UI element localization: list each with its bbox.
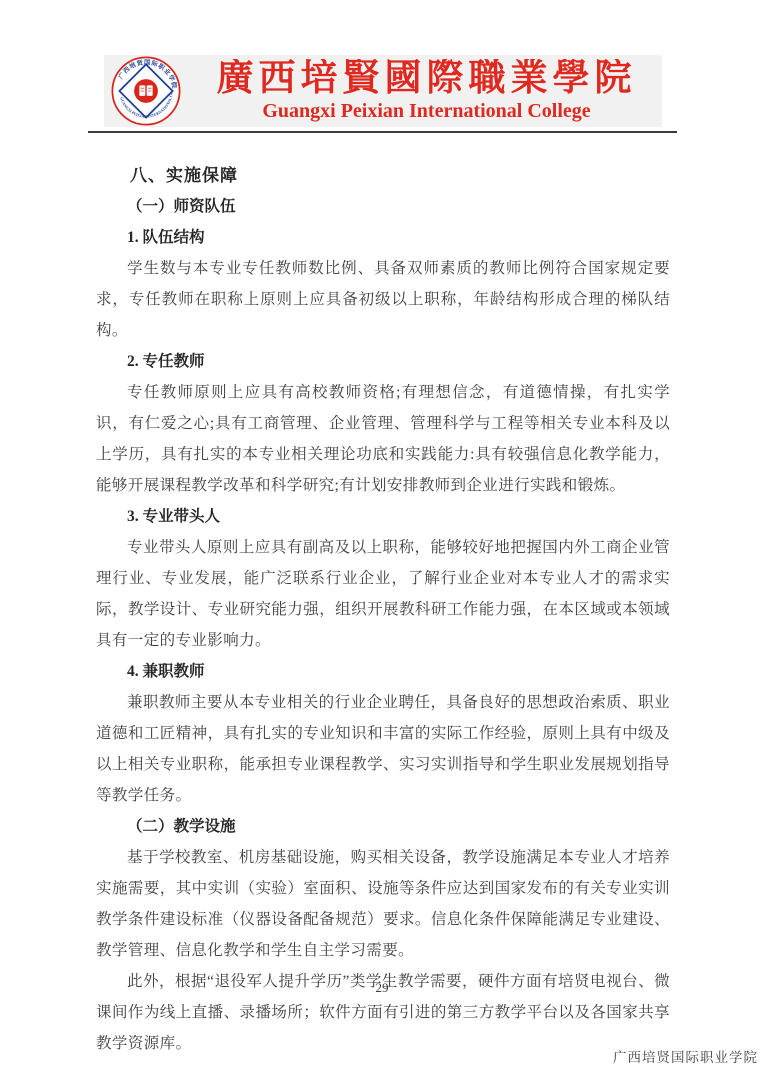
college-title-block: 廣西培賢國際職業學院 Guangxi Peixian International… bbox=[191, 59, 662, 123]
document-body: 八、实施保障 （一）师资队伍 1. 队伍结构 学生数与本专业专任教师数比例、具备… bbox=[96, 160, 670, 1059]
numbered-heading: 4. 兼职教师 bbox=[96, 656, 670, 687]
header-divider bbox=[88, 131, 677, 133]
college-logo-icon: 广西培贤国际职业学院 GUANGXI PEIXIAN INTERNATIONAL… bbox=[111, 56, 181, 126]
numbered-heading: 3. 专业带头人 bbox=[96, 501, 670, 532]
body-paragraph: 专业带头人原则上应具有副高及以上职称，能够较好地把握国内外工商企业管理行业、专业… bbox=[96, 532, 670, 656]
subsection-heading: （二）教学设施 bbox=[96, 811, 670, 842]
body-paragraph: 兼职教师主要从本专业相关的行业企业聘任，具备良好的思想政治索质、职业道德和工匠精… bbox=[96, 687, 670, 811]
college-seal-icon: 广西培贤国际职业学院 GUANGXI PEIXIAN INTERNATIONAL… bbox=[111, 56, 181, 126]
logo-center-circle bbox=[134, 79, 158, 103]
page-number: 29 bbox=[0, 980, 764, 996]
college-name-zh: 廣西培賢國際職業學院 bbox=[217, 59, 637, 99]
footer-watermark: 广西培贤国际职业学院 bbox=[613, 1046, 758, 1066]
section-heading: 八、实施保障 bbox=[96, 160, 670, 191]
body-paragraph: 基于学校教室、机房基础设施，购买相关设备，教学设施满足本专业人才培养实施需要，其… bbox=[96, 842, 670, 966]
body-paragraph: 专任教师原则上应具有高校教师资格;有理想信念，有道德情操，有扎实学识，有仁爱之心… bbox=[96, 377, 670, 501]
body-paragraph: 学生数与本专业专任教师数比例、具备双师素质的教师比例符合国家规定要求，专任教师在… bbox=[96, 253, 670, 346]
numbered-heading: 2. 专任教师 bbox=[96, 346, 670, 377]
page-header: 广西培贤国际职业学院 GUANGXI PEIXIAN INTERNATIONAL… bbox=[104, 55, 662, 127]
subsection-heading: （一）师资队伍 bbox=[96, 191, 670, 222]
numbered-heading: 1. 队伍结构 bbox=[96, 222, 670, 253]
college-name-en: Guangxi Peixian International College bbox=[262, 99, 590, 123]
